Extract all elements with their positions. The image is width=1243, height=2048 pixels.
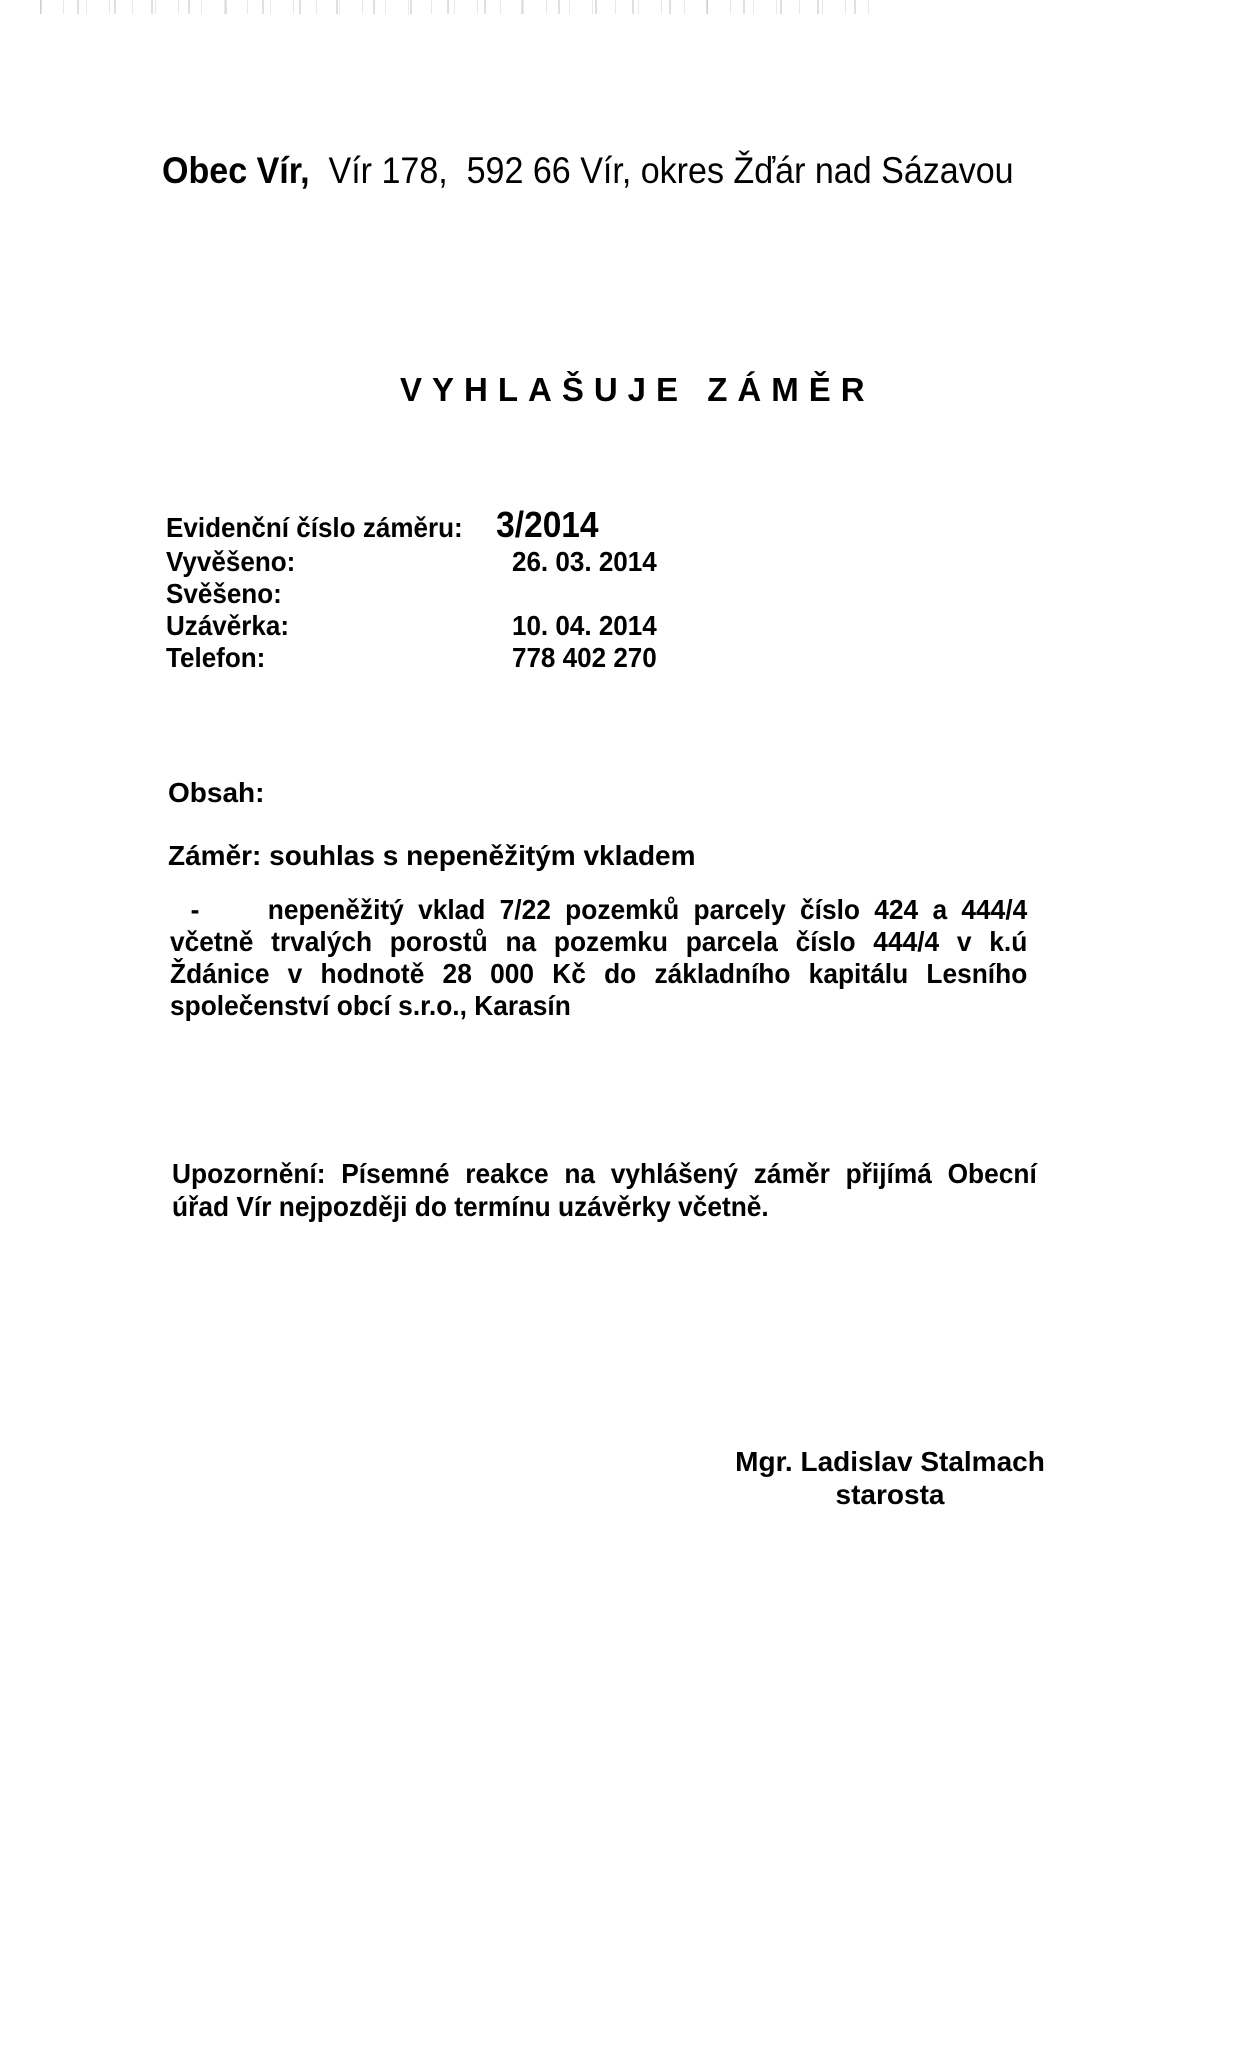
- info-value: 3/2014: [496, 504, 598, 546]
- info-label: Telefon:: [166, 642, 265, 674]
- document-page: Obec Vír, Vír 178, 592 66 Vír, okres Žďá…: [0, 0, 1243, 2048]
- info-label: Evidenční číslo záměru:: [166, 512, 463, 544]
- info-value: 10. 04. 2014: [512, 610, 657, 642]
- municipality-name: Obec Vír,: [162, 150, 310, 191]
- signatory-role: starosta: [720, 1478, 1060, 1511]
- scan-artifact: [40, 0, 890, 14]
- info-label: Uzávěrka:: [166, 610, 289, 642]
- content-label: Obsah:: [168, 777, 264, 809]
- info-value: 778 402 270: [512, 642, 657, 674]
- signature-block: Mgr. Ladislav Stalmach starosta: [720, 1445, 1060, 1511]
- bullet-dash: -: [170, 894, 268, 926]
- intent-summary: Záměr: souhlas s nepeněžitým vkladem: [168, 840, 696, 872]
- municipality-address: Vír 178, 592 66 Vír, okres Žďár nad Sáza…: [310, 150, 1014, 191]
- info-label: Svěšeno:: [166, 578, 282, 610]
- intent-details: -nepeněžitý vklad 7/22 pozemků parcely č…: [170, 894, 1027, 1022]
- signatory-name: Mgr. Ladislav Stalmach: [720, 1445, 1060, 1478]
- info-value: 26. 03. 2014: [512, 546, 657, 578]
- notice-paragraph: Upozornění: Písemné reakce na vyhlášený …: [172, 1157, 1037, 1223]
- municipality-header: Obec Vír, Vír 178, 592 66 Vír, okres Žďá…: [162, 150, 1014, 192]
- intent-details-text: nepeněžitý vklad 7/22 pozemků parcely čí…: [170, 894, 1027, 1021]
- info-label: Vyvěšeno:: [166, 546, 295, 578]
- document-title: VYHLAŠUJE ZÁMĚR: [400, 371, 875, 409]
